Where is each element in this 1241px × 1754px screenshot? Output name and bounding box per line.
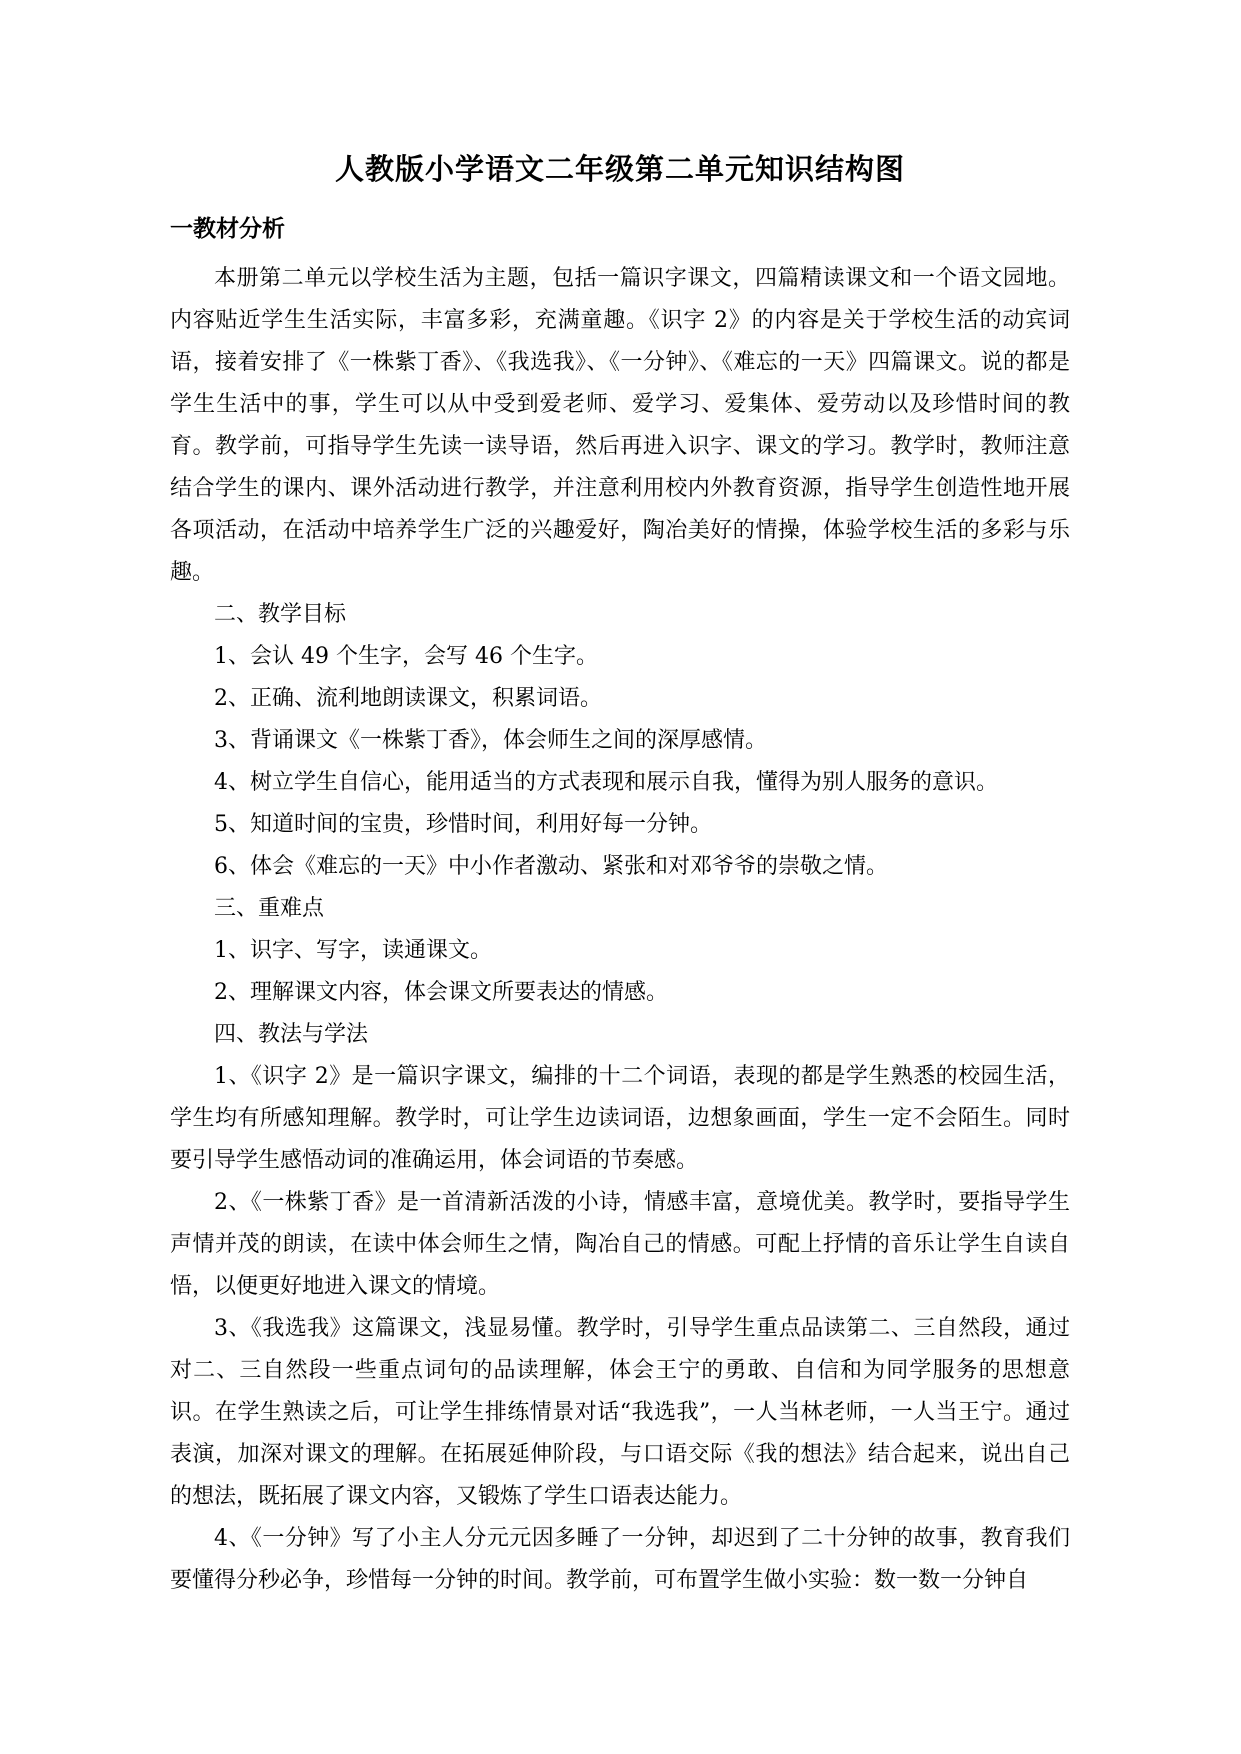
page-title: 人教版小学语文二年级第二单元知识结构图 — [170, 150, 1070, 188]
paragraph: 1、会认 49 个生字，会写 46 个生字。 — [170, 636, 1070, 678]
paragraph: 本册第二单元以学校生活为主题，包括一篇识字课文，四篇精读课文和一个语文园地。内容… — [170, 258, 1070, 594]
paragraph: 2、《一株紫丁香》是一首清新活泼的小诗，情感丰富，意境优美。教学时，要指导学生声… — [170, 1182, 1070, 1308]
paragraph: 二、教学目标 — [170, 594, 1070, 636]
paragraph: 2、正确、流利地朗读课文，积累词语。 — [170, 678, 1070, 720]
section-heading: 一教材分析 — [170, 214, 1070, 244]
paragraph: 4、树立学生自信心，能用适当的方式表现和展示自我，懂得为别人服务的意识。 — [170, 762, 1070, 804]
paragraph: 1、《识字 2》是一篇识字课文，编排的十二个词语，表现的都是学生熟悉的校园生活，… — [170, 1056, 1070, 1182]
paragraph: 三、重难点 — [170, 888, 1070, 930]
paragraph: 3、《我选我》这篇课文，浅显易懂。教学时，引导学生重点品读第二、三自然段，通过对… — [170, 1308, 1070, 1518]
document-page: 人教版小学语文二年级第二单元知识结构图 一教材分析 本册第二单元以学校生活为主题… — [0, 0, 1241, 1754]
paragraph: 5、知道时间的宝贵，珍惜时间，利用好每一分钟。 — [170, 804, 1070, 846]
paragraph: 1、识字、写字，读通课文。 — [170, 930, 1070, 972]
paragraph: 四、教法与学法 — [170, 1014, 1070, 1056]
document-body: 本册第二单元以学校生活为主题，包括一篇识字课文，四篇精读课文和一个语文园地。内容… — [170, 258, 1070, 1602]
paragraph: 6、体会《难忘的一天》中小作者激动、紧张和对邓爷爷的崇敬之情。 — [170, 846, 1070, 888]
paragraph: 2、理解课文内容，体会课文所要表达的情感。 — [170, 972, 1070, 1014]
paragraph: 3、背诵课文《一株紫丁香》，体会师生之间的深厚感情。 — [170, 720, 1070, 762]
paragraph: 4、《一分钟》写了小主人分元元因多睡了一分钟，却迟到了二十分钟的故事，教育我们要… — [170, 1518, 1070, 1602]
